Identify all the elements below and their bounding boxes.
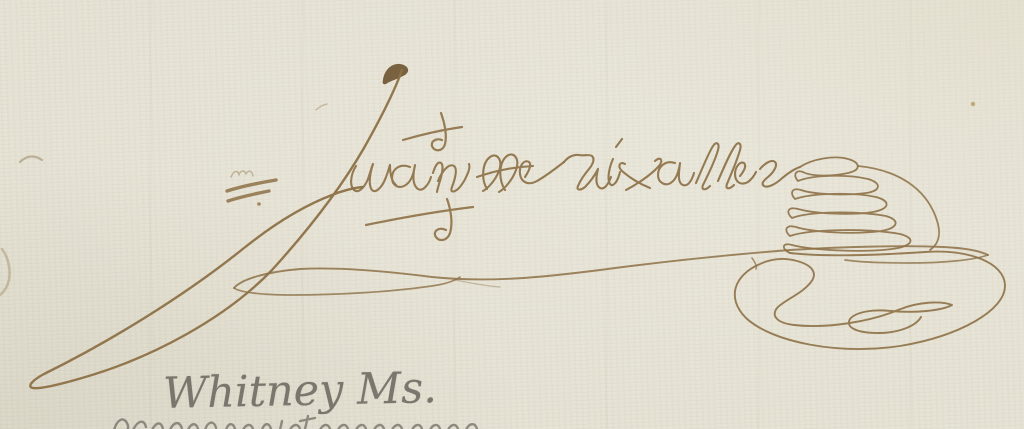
pencil-annotation: Whitney Ms.	[163, 363, 438, 419]
paper-marks	[0, 102, 975, 295]
abbreviation-mark-top	[403, 113, 462, 150]
rubric-coils	[784, 157, 911, 253]
equals-mark-squiggle	[231, 171, 253, 177]
rubric-outer-right	[858, 166, 939, 250]
signature-underline-lower	[234, 277, 460, 295]
letters-de	[477, 154, 564, 192]
letters-uan	[351, 163, 469, 192]
equals-mark-dot	[257, 202, 261, 206]
edge-stamp-arc	[0, 249, 10, 295]
faint-dash	[316, 104, 327, 110]
signature-artwork	[0, 0, 1024, 429]
pen-blob	[383, 64, 409, 84]
signature-ink	[30, 64, 1005, 388]
corner-fleck	[20, 156, 42, 162]
signature-underline-upper	[234, 246, 988, 288]
abbreviation-mark-bottom	[366, 199, 473, 240]
equals-mark	[227, 180, 276, 201]
letters-miralles	[564, 139, 800, 190]
rubric-knot	[735, 252, 1005, 349]
underline-faint-tail	[455, 280, 500, 287]
yellow-speck	[971, 102, 975, 106]
j-initial-stroke	[30, 70, 402, 388]
underline-right-return	[845, 255, 988, 263]
manuscript-page: Whitney Ms.	[0, 0, 1024, 429]
